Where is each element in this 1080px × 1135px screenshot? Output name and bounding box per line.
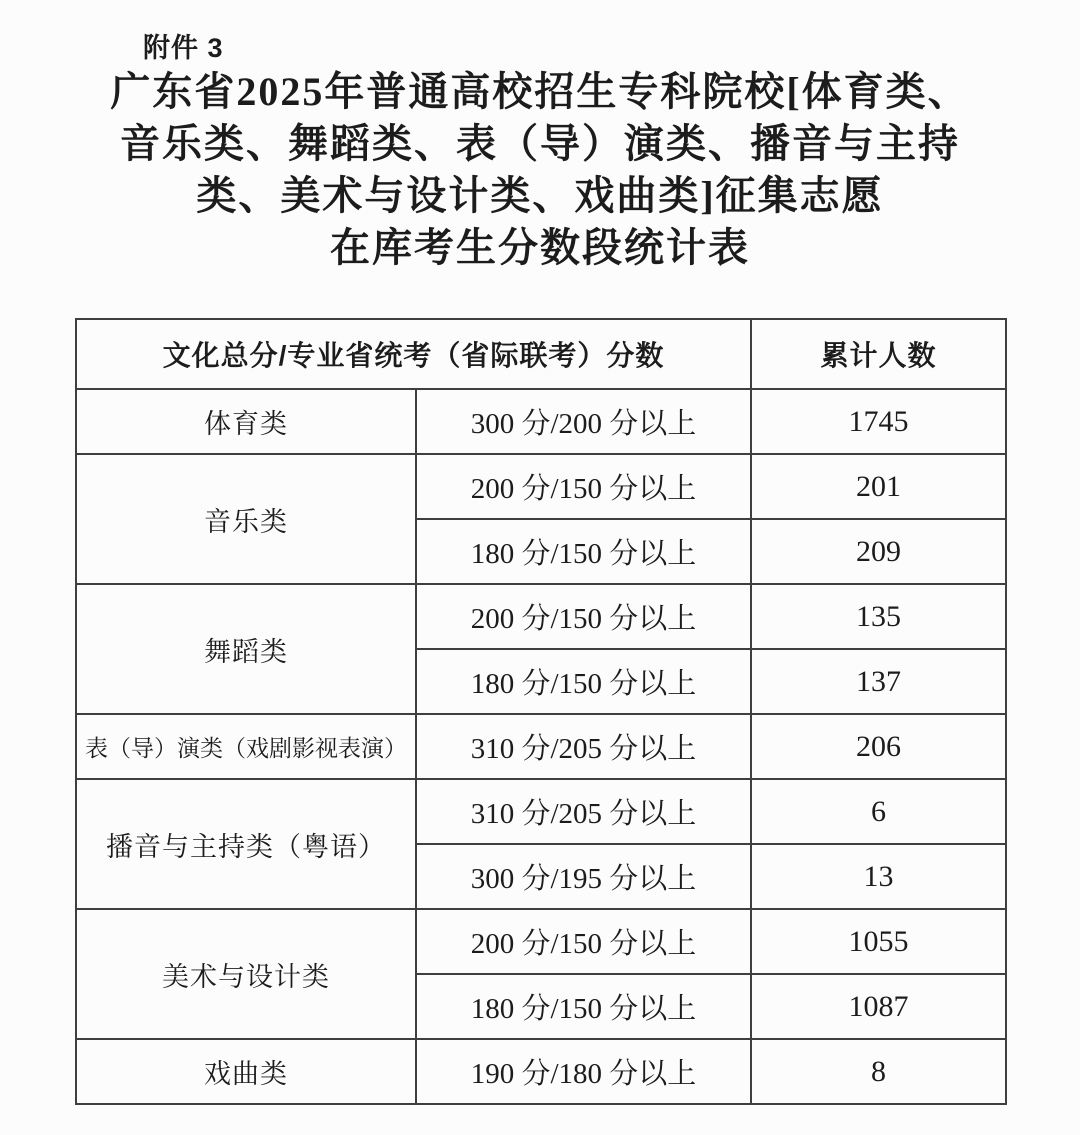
table-row: 美术与设计类 200 分/150 分以上 1055 <box>76 909 1006 974</box>
score-cell: 310 分/205 分以上 <box>416 779 751 844</box>
doc-title: 广东省2025年普通高校招生专科院校[体育类、 音乐类、舞蹈类、表（导）演类、播… <box>0 66 1080 274</box>
count-cell: 206 <box>751 714 1006 779</box>
score-cell: 180 分/150 分以上 <box>416 519 751 584</box>
count-cell: 201 <box>751 454 1006 519</box>
score-cell: 180 分/150 分以上 <box>416 974 751 1039</box>
category-cell: 戏曲类 <box>76 1039 416 1104</box>
category-cell: 音乐类 <box>76 454 416 584</box>
count-cell: 13 <box>751 844 1006 909</box>
score-cell: 300 分/200 分以上 <box>416 389 751 454</box>
score-cell: 310 分/205 分以上 <box>416 714 751 779</box>
category-cell: 体育类 <box>76 389 416 454</box>
score-statistics-table: 文化总分/专业省统考（省际联考）分数 累计人数 体育类 300 分/200 分以… <box>75 318 1007 1105</box>
header-score-column: 文化总分/专业省统考（省际联考）分数 <box>76 319 751 389</box>
score-cell: 200 分/150 分以上 <box>416 584 751 649</box>
score-cell: 300 分/195 分以上 <box>416 844 751 909</box>
score-cell: 190 分/180 分以上 <box>416 1039 751 1104</box>
count-cell: 135 <box>751 584 1006 649</box>
count-cell: 209 <box>751 519 1006 584</box>
category-cell: 舞蹈类 <box>76 584 416 714</box>
category-cell: 美术与设计类 <box>76 909 416 1039</box>
doc-title-line-1: 广东省2025年普通高校招生专科院校[体育类、 <box>0 66 1080 118</box>
table-row: 舞蹈类 200 分/150 分以上 135 <box>76 584 1006 649</box>
table-row: 戏曲类 190 分/180 分以上 8 <box>76 1039 1006 1104</box>
table-header-row: 文化总分/专业省统考（省际联考）分数 累计人数 <box>76 319 1006 389</box>
table-row: 播音与主持类（粤语） 310 分/205 分以上 6 <box>76 779 1006 844</box>
header-count-column: 累计人数 <box>751 319 1006 389</box>
document-page: 附件 3 广东省2025年普通高校招生专科院校[体育类、 音乐类、舞蹈类、表（导… <box>0 0 1080 1135</box>
score-cell: 200 分/150 分以上 <box>416 454 751 519</box>
doc-title-line-2: 音乐类、舞蹈类、表（导）演类、播音与主持 <box>0 118 1080 170</box>
count-cell: 1055 <box>751 909 1006 974</box>
score-cell: 200 分/150 分以上 <box>416 909 751 974</box>
attachment-label: 附件 3 <box>143 26 224 65</box>
table-row: 表（导）演类（戏剧影视表演） 310 分/205 分以上 206 <box>76 714 1006 779</box>
doc-title-line-3: 类、美术与设计类、戏曲类]征集志愿 <box>0 170 1080 222</box>
count-cell: 1745 <box>751 389 1006 454</box>
table-row: 音乐类 200 分/150 分以上 201 <box>76 454 1006 519</box>
category-cell: 表（导）演类（戏剧影视表演） <box>76 714 416 779</box>
category-cell: 播音与主持类（粤语） <box>76 779 416 909</box>
doc-title-line-4: 在库考生分数段统计表 <box>0 222 1080 274</box>
count-cell: 8 <box>751 1039 1006 1104</box>
count-cell: 1087 <box>751 974 1006 1039</box>
count-cell: 137 <box>751 649 1006 714</box>
count-cell: 6 <box>751 779 1006 844</box>
table-row: 体育类 300 分/200 分以上 1745 <box>76 389 1006 454</box>
score-cell: 180 分/150 分以上 <box>416 649 751 714</box>
